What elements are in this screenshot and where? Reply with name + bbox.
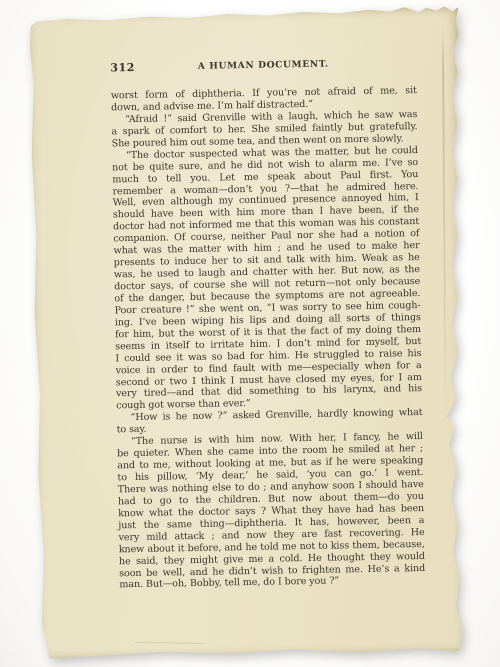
page-scuff-mark	[134, 642, 204, 644]
photo-background: 312 A HUMAN DOCUMENT. worst form of diph…	[0, 0, 500, 667]
page-number: 312	[110, 61, 135, 74]
running-title: A HUMAN DOCUMENT.	[110, 56, 416, 73]
page-crease	[442, 27, 447, 435]
page-shadow: 312 A HUMAN DOCUMENT. worst form of diph…	[0, 0, 500, 667]
page-content: 312 A HUMAN DOCUMENT. worst form of diph…	[109, 7, 415, 12]
book-page: 312 A HUMAN DOCUMENT. worst form of diph…	[28, 6, 469, 658]
page-text: worst form of diphtheria. If you’re not …	[111, 85, 426, 592]
page-header: 312 A HUMAN DOCUMENT.	[110, 56, 416, 75]
